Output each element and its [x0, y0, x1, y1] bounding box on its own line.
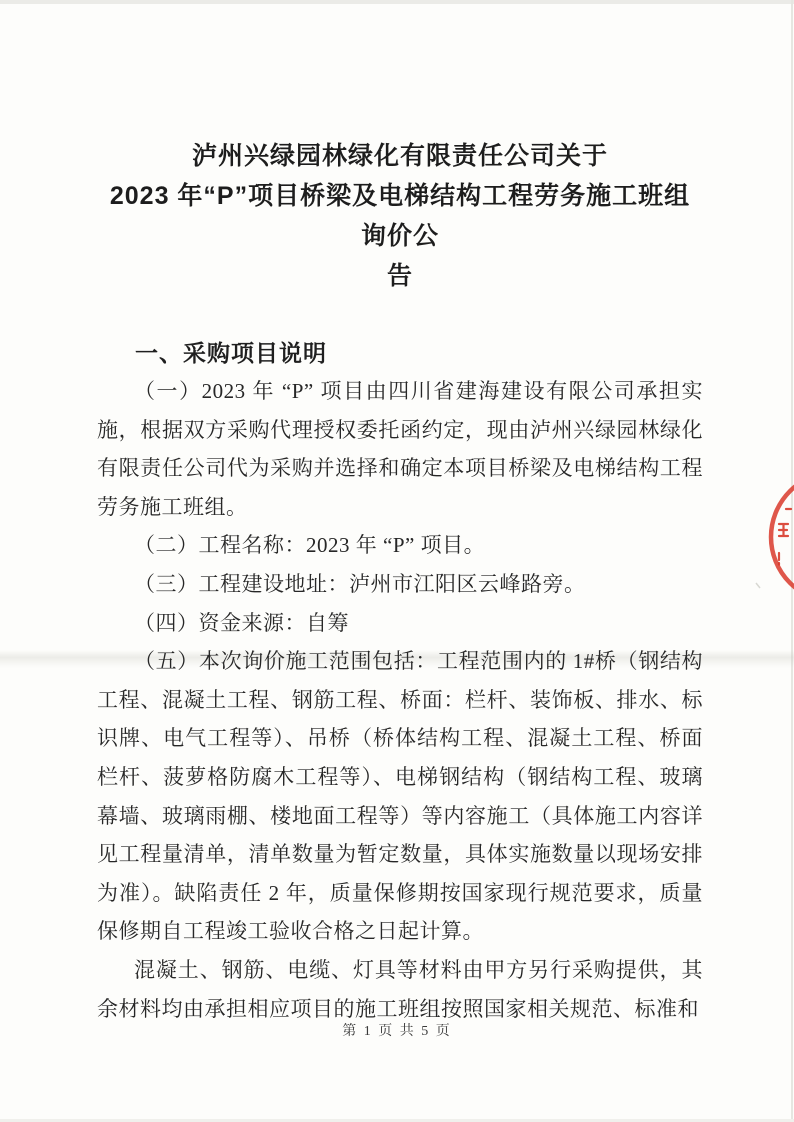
title-line-3: 告	[97, 256, 703, 296]
section-heading-procurement-description: 一、采购项目说明	[97, 334, 703, 372]
paragraph-materials: 混凝土、钢筋、电缆、灯具等材料由甲方另行采购提供，其余材料均由承担相应项目的施工…	[97, 951, 703, 1028]
paragraph-item-5: （五）本次询价施工范围包括：工程范围内的 1#桥（钢结构工程、混凝土工程、钢筋工…	[97, 642, 703, 951]
scanned-document-page: 泸州兴绿园林绿化有限责任公司关于 2023 年“P”项目桥梁及电梯结构工程劳务施…	[0, 0, 794, 1122]
title-line-2: 2023 年“P”项目桥梁及电梯结构工程劳务施工班组询价公	[97, 176, 703, 256]
paragraph-item-1: （一）2023 年 “P” 项目由四川省建海建设有限公司承担实施，根据双方采购代…	[97, 372, 703, 526]
document-body: 泸州兴绿园林绿化有限责任公司关于 2023 年“P”项目桥梁及电梯结构工程劳务施…	[97, 136, 703, 1028]
title-line-1: 泸州兴绿园林绿化有限责任公司关于	[97, 136, 703, 176]
page-number-footer: 第 1 页 共 5 页	[0, 1020, 794, 1040]
document-title: 泸州兴绿园林绿化有限责任公司关于 2023 年“P”项目桥梁及电梯结构工程劳务施…	[97, 136, 703, 296]
paragraph-item-3: （三）工程建设地址：泸州市江阳区云峰路旁。	[97, 565, 703, 604]
seal-text-fragments	[779, 509, 791, 565]
paragraph-item-2: （二）工程名称：2023 年 “P” 项目。	[97, 526, 703, 565]
paragraph-item-4: （四）资金来源：自筹	[97, 604, 703, 643]
scan-speck	[756, 583, 760, 588]
scan-edge-top	[0, 0, 794, 4]
red-seal-stamp-icon	[740, 450, 794, 630]
